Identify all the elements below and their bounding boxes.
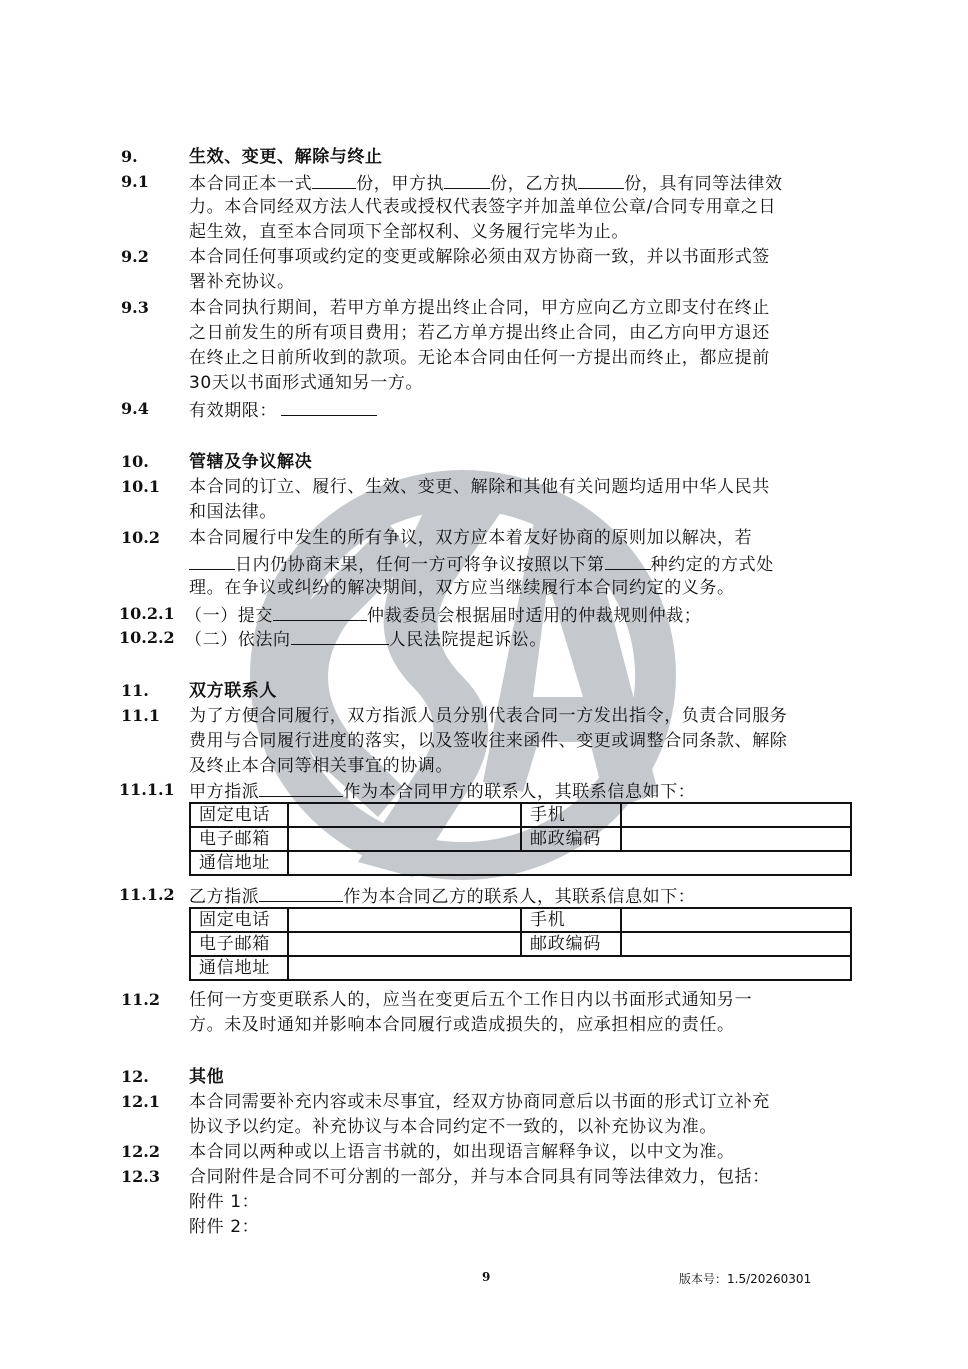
clause-text: 日内仍协商未果，任何一方可将争议按照以下第: [235, 555, 605, 575]
clause-text: 本合同正本一式: [189, 174, 312, 194]
clause-line: 本合同需要补充内容或未尽事宜，经双方协商同意后以书面的形式订立补充: [189, 1091, 770, 1113]
clause-number: 9.2: [121, 246, 149, 268]
clause-line: 本合同履行中发生的所有争议，双方应本着友好协商的原则加以解决，若: [189, 527, 752, 549]
section-number: 10.: [121, 451, 149, 473]
clause-line: 本合同的订立、履行、生效、变更、解除和其他有关问题均适用中华人民共: [189, 476, 770, 498]
clause-number: 11.1.1: [119, 779, 175, 801]
clause-text: 甲方指派: [189, 782, 259, 802]
table-row: 固定电话 手机: [190, 908, 851, 932]
postcode-label: 邮政编码: [521, 932, 621, 956]
validity-period-blank[interactable]: [281, 398, 377, 416]
negotiation-days-blank[interactable]: [189, 552, 235, 570]
resolution-method-blank[interactable]: [605, 552, 651, 570]
email-label: 电子邮箱: [190, 932, 288, 956]
party-a-contact-table: 固定电话 手机 电子邮箱 邮政编码 通信地址: [189, 802, 852, 876]
clause-text: 作为本合同乙方的联系人，其联系信息如下：: [343, 887, 695, 907]
clause-text: 份，甲方执: [356, 174, 444, 194]
section-number: 12.: [121, 1066, 149, 1088]
section-number: 11.: [121, 680, 149, 702]
clause-line: 日内仍协商未果，任何一方可将争议按照以下第种约定的方式处: [189, 552, 774, 576]
clause-text: （一）提交: [185, 606, 273, 626]
party-b-contact-name-blank[interactable]: [259, 884, 343, 902]
clause-number: 9.4: [121, 398, 149, 420]
clause-number: 12.2: [121, 1141, 160, 1163]
clause-line: 30天以书面形式通知另一方。: [189, 372, 423, 394]
mobile-label: 手机: [521, 908, 621, 932]
clause-line: 在终止之日前所收到的款项。无论本合同由任何一方提出而终止，都应提前: [189, 347, 770, 369]
clause-line: 合同附件是合同不可分割的一部分，并与本合同具有同等法律效力，包括：: [189, 1166, 770, 1188]
clause-number: 10.2.1: [119, 603, 175, 625]
page-number: 9: [482, 1270, 490, 1284]
attachment-1-label: 附件 1：: [189, 1191, 259, 1213]
section-title: 管辖及争议解决: [189, 451, 312, 473]
party-b-landline-cell[interactable]: [288, 908, 521, 932]
landline-label: 固定电话: [190, 803, 288, 827]
clause-line: 本合同以两种或以上语言书就的，如出现语言解释争议，以中文为准。: [189, 1141, 735, 1163]
postcode-label: 邮政编码: [521, 827, 621, 851]
clause-number: 12.1: [121, 1091, 160, 1113]
section-title: 其他: [189, 1066, 224, 1088]
clause-line: 有效期限：: [189, 398, 377, 422]
copies-party-b-blank[interactable]: [578, 171, 624, 189]
clause-number: 11.1: [121, 705, 160, 727]
clause-line: 力。本合同经双方法人代表或授权代表签字并加盖单位公章/合同专用章之日: [189, 196, 776, 218]
clause-line: （二）依法向人民法院提起诉讼。: [185, 627, 547, 651]
clause-line: 本合同任何事项或约定的变更或解除必须由双方协商一致，并以书面形式签: [189, 246, 770, 268]
clause-number: 11.1.2: [119, 884, 175, 906]
clause-text: 作为本合同甲方的联系人，其联系信息如下：: [343, 782, 695, 802]
clause-line: 本合同正本一式份，甲方执份，乙方执份，具有同等法律效: [189, 171, 783, 195]
clause-number: 10.2.2: [119, 627, 175, 649]
copies-total-blank[interactable]: [312, 171, 356, 189]
clause-number: 10.2: [121, 527, 160, 549]
party-b-contact-table: 固定电话 手机 电子邮箱 邮政编码 通信地址: [189, 907, 852, 981]
clause-line: （一）提交仲裁委员会根据届时适用的仲裁规则仲裁；: [185, 603, 701, 627]
section-number: 9.: [121, 146, 138, 168]
clause-text: 份，乙方执: [490, 174, 578, 194]
clause-text: 人民法院提起诉讼。: [389, 630, 547, 650]
address-label: 通信地址: [190, 956, 288, 980]
section-title: 双方联系人: [189, 680, 277, 702]
clause-text: 份，具有同等法律效: [624, 174, 782, 194]
clause-line: 乙方指派作为本合同乙方的联系人，其联系信息如下：: [189, 884, 695, 908]
clause-line: 协议予以约定。补充协议与本合同约定不一致的，以补充协议为准。: [189, 1116, 717, 1138]
court-name-blank[interactable]: [291, 627, 389, 645]
section-title: 生效、变更、解除与终止: [189, 146, 383, 168]
version-label: 版本号：1.5/20260301: [679, 1270, 811, 1287]
clause-text: 仲裁委员会根据届时适用的仲裁规则仲裁；: [367, 606, 701, 626]
copies-party-a-blank[interactable]: [444, 171, 490, 189]
party-a-address-cell[interactable]: [288, 851, 851, 875]
clause-line: 署补充协议。: [189, 271, 295, 293]
clause-number: 11.2: [121, 989, 160, 1011]
clause-line: 之日前发生的所有项目费用；若乙方单方提出终止合同，由乙方向甲方退还: [189, 322, 770, 344]
clause-line: 为了方便合同履行，双方指派人员分别代表合同一方发出指令，负责合同服务: [189, 705, 787, 727]
clause-line: 起生效，直至本合同项下全部权利、义务履行完毕为止。: [189, 221, 629, 243]
table-row: 通信地址: [190, 956, 851, 980]
email-label: 电子邮箱: [190, 827, 288, 851]
party-a-mobile-cell[interactable]: [621, 803, 851, 827]
table-row: 固定电话 手机: [190, 803, 851, 827]
table-row: 电子邮箱 邮政编码: [190, 827, 851, 851]
party-b-email-cell[interactable]: [288, 932, 521, 956]
clause-text: （二）依法向: [185, 630, 291, 650]
clause-line: 甲方指派作为本合同甲方的联系人，其联系信息如下：: [189, 779, 695, 803]
arbitration-commission-blank[interactable]: [273, 603, 367, 621]
attachment-2-label: 附件 2：: [189, 1216, 259, 1238]
party-a-postcode-cell[interactable]: [621, 827, 851, 851]
clause-number: 9.3: [121, 297, 149, 319]
clause-line: 和国法律。: [189, 501, 277, 523]
party-a-contact-name-blank[interactable]: [259, 779, 343, 797]
landline-label: 固定电话: [190, 908, 288, 932]
party-a-email-cell[interactable]: [288, 827, 521, 851]
party-b-address-cell[interactable]: [288, 956, 851, 980]
clause-number: 12.3: [121, 1166, 160, 1188]
clause-line: 费用与合同履行进度的落实，以及签收往来函件、变更或调整合同条款、解除: [189, 730, 787, 752]
clause-text: 乙方指派: [189, 887, 259, 907]
clause-text: 有效期限：: [189, 401, 277, 421]
clause-line: 方。未及时通知并影响本合同履行或造成损失的，应承担相应的责任。: [189, 1014, 735, 1036]
party-b-mobile-cell[interactable]: [621, 908, 851, 932]
party-b-postcode-cell[interactable]: [621, 932, 851, 956]
clause-line: 及终止本合同等相关事宜的协调。: [189, 755, 453, 777]
address-label: 通信地址: [190, 851, 288, 875]
clause-number: 10.1: [121, 476, 160, 498]
document-page: 9. 生效、变更、解除与终止 9.1 本合同正本一式份，甲方执份，乙方执份，具有…: [0, 0, 968, 1369]
clause-line: 本合同执行期间，若甲方单方提出终止合同，甲方应向乙方立即支付在终止: [189, 297, 770, 319]
clause-text: 种约定的方式处: [651, 555, 774, 575]
table-row: 通信地址: [190, 851, 851, 875]
table-row: 电子邮箱 邮政编码: [190, 932, 851, 956]
party-a-landline-cell[interactable]: [288, 803, 521, 827]
clause-line: 理。在争议或纠纷的解决期间，双方应当继续履行本合同约定的义务。: [189, 577, 735, 599]
mobile-label: 手机: [521, 803, 621, 827]
clause-line: 任何一方变更联系人的，应当在变更后五个工作日内以书面形式通知另一: [189, 989, 752, 1011]
clause-number: 9.1: [121, 171, 149, 193]
